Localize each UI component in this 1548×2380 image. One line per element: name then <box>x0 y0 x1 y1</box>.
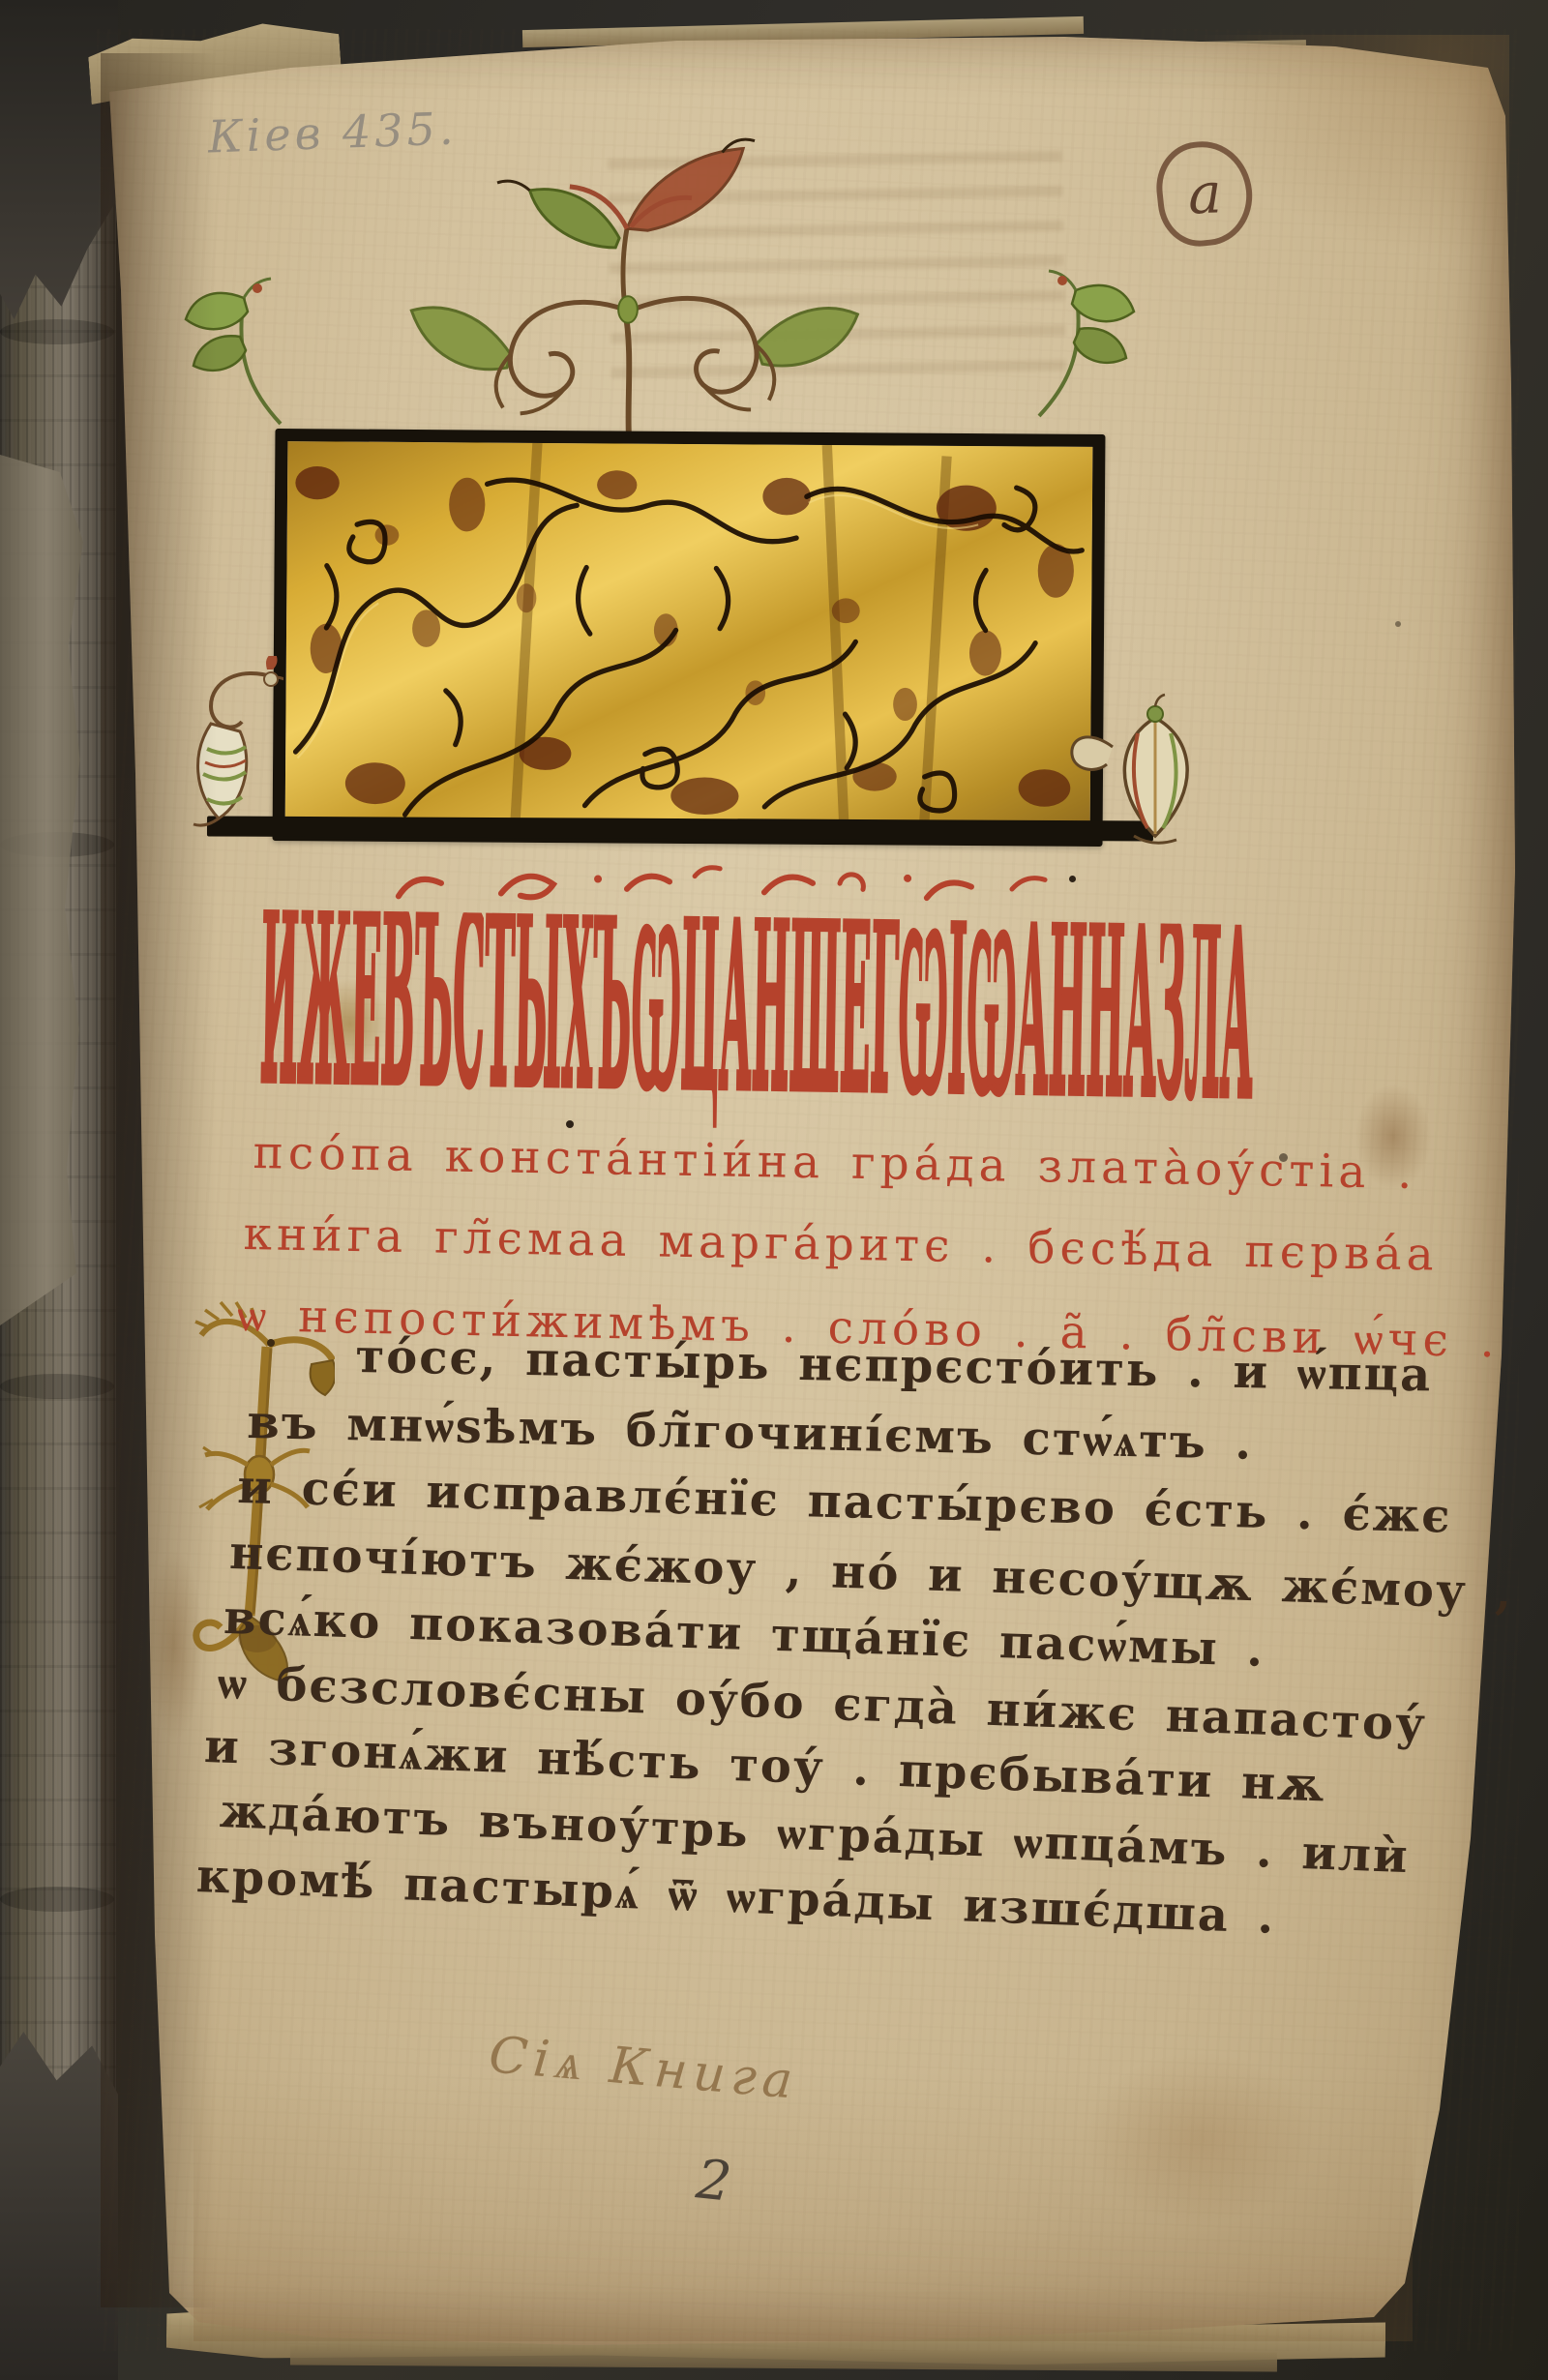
spine-bottom-wear <box>0 2032 118 2380</box>
marginal-ornament-left <box>182 656 283 835</box>
sewing-cord <box>0 1887 114 1912</box>
floral-sprig-left <box>176 269 292 429</box>
folio-mark-letter: а <box>1187 160 1223 226</box>
page-number: 2 <box>694 2148 734 2214</box>
floral-sprig-right <box>1027 261 1144 421</box>
title-vyaz: ИЖЕВЪСТЫХЪѠЦАНШЕГѠІѠАННАЗЛА <box>255 909 1258 1159</box>
photo-background: Кіев 435. а <box>0 0 1548 2380</box>
headpiece-pattern <box>285 441 1093 834</box>
sewing-cord <box>0 1374 114 1399</box>
marginal-ornament-right <box>1066 691 1211 855</box>
gold-headpiece <box>273 429 1106 847</box>
headpiece-floral-ornament <box>308 114 946 438</box>
sewing-cord <box>0 319 114 344</box>
title-vyaz-text: ИЖЕВЪСТЫХЪѠЦАНШЕГѠІѠАННАЗЛА <box>258 909 1255 1152</box>
vyaz-flourishes <box>385 853 1083 917</box>
ink-speck <box>1395 621 1401 627</box>
shelfmark-annotation: Кіев 435. <box>207 103 458 164</box>
